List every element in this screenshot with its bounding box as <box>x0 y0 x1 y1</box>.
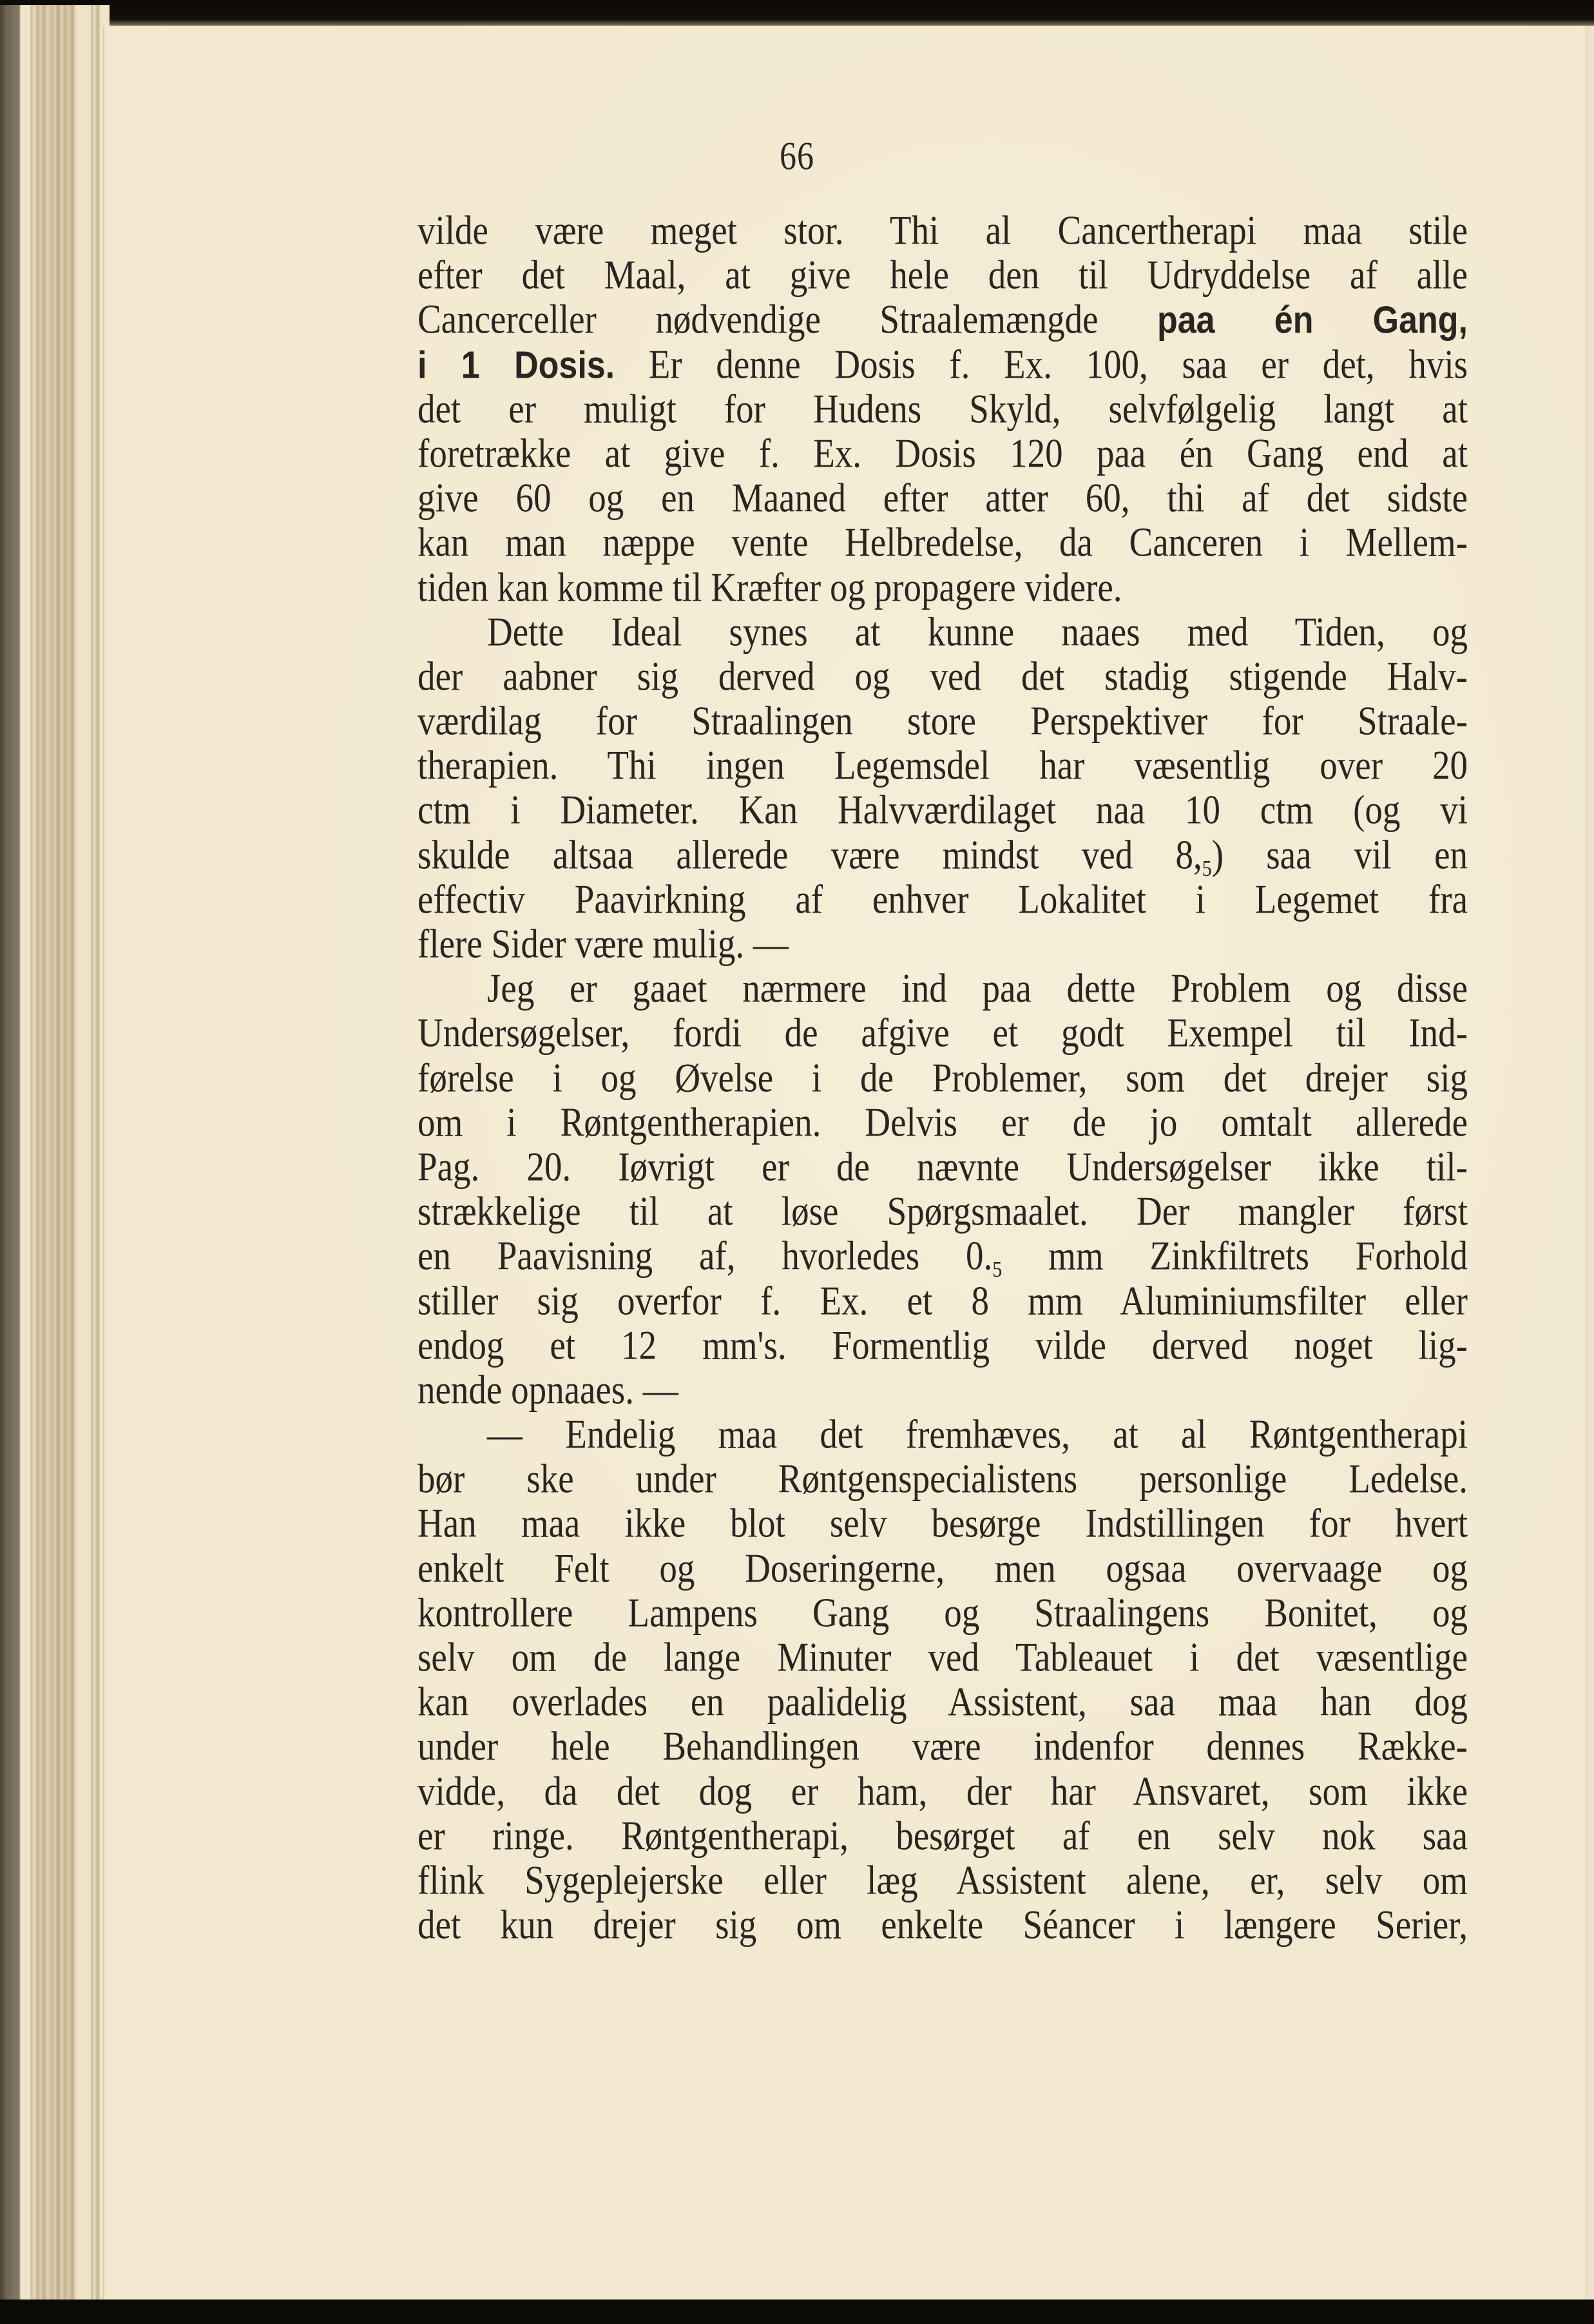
text-line: kan man næppe vente Helbredelse, da Canc… <box>418 517 1468 568</box>
text-segment: skulde altsaa allerede være mindst ved 8… <box>418 832 1202 877</box>
text-segment: efter det Maal, at give hele den til Udr… <box>418 252 1468 297</box>
text-segment: Jeg er gaaet nærmere ind paa dette Probl… <box>487 965 1468 1011</box>
text-line: vilde være meget stor. Thi al Cancerther… <box>418 205 1468 257</box>
text-line: der aabner sig derved og ved det stadig … <box>418 650 1468 702</box>
text-line: Jeg er gaaet nærmere ind paa dette Probl… <box>418 963 1468 1014</box>
text-line: effectiv Paavirkning af enhver Lokalitet… <box>418 873 1468 925</box>
text-segment: flere Sider være mulig. — <box>418 921 789 966</box>
text-line: under hele Behandlingen være indenfor de… <box>418 1721 1468 1772</box>
text-line: det kun drejer sig om enkelte Séancer i … <box>418 1899 1468 1951</box>
text-line: flere Sider være mulig. — <box>418 918 1468 970</box>
text-segment: det er muligt for Hudens Skyld, selvfølg… <box>418 386 1468 431</box>
scanned-book-page: 66 vilde være meget stor. Thi al Cancert… <box>0 0 1594 2324</box>
text-segment: flink Sygeplejerske eller læg Assistent … <box>418 1857 1468 1903</box>
book-page-edges <box>0 5 110 2309</box>
text-line: selv om de lange Minuter ved Tableauet i… <box>418 1632 1468 1683</box>
text-line: endog et 12 mm's. Formentlig vilde derve… <box>418 1319 1468 1371</box>
text-segment: førelse i og Øvelse i de Problemer, som … <box>418 1055 1468 1100</box>
text-segment: Er denne Dosis f. Ex. 100, saa er det, h… <box>615 342 1468 387</box>
text-line: foretrække at give f. Ex. Dosis 120 paa … <box>418 428 1468 479</box>
paragraph: Dette Ideal synes at kunne naaes med Tid… <box>418 613 1468 970</box>
text-segment: effectiv Paavirkning af enhver Lokalitet… <box>418 876 1468 922</box>
text-segment: endog et 12 mm's. Formentlig vilde derve… <box>418 1322 1468 1368</box>
text-line: Han maa ikke blot selv besørge Indstilli… <box>418 1498 1468 1549</box>
text-segment: ) saa vil en <box>1212 832 1468 877</box>
bold-text: i 1 Dosis. <box>418 344 615 387</box>
text-line: Undersøgelser, fordi de afgive et godt E… <box>418 1007 1468 1059</box>
text-segment: selv om de lange Minuter ved Tableauet i… <box>418 1634 1468 1680</box>
text-segment: under hele Behandlingen være indenfor de… <box>418 1724 1468 1769</box>
text-line: i 1 Dosis. Er denne Dosis f. Ex. 100, sa… <box>418 338 1468 390</box>
text-line: efter det Maal, at give hele den til Udr… <box>418 249 1468 301</box>
scan-bottom-shadow <box>0 2300 1594 2324</box>
text-segment: kan overlades en paalidelig Assistent, s… <box>418 1679 1468 1724</box>
paragraph: — Endelig maa det fremhæves, at al Røntg… <box>418 1415 1468 1950</box>
text-line: ctm i Diameter. Kan Halvværdilaget naa 1… <box>418 784 1468 836</box>
text-line: bør ske under Røntgenspecialistens perso… <box>418 1453 1468 1505</box>
text-segment: en Paavisning af, hvorledes 0. <box>418 1234 992 1279</box>
text-line: tiden kan komme til Kræfter og propagere… <box>418 561 1468 613</box>
text-line: en Paavisning af, hvorledes 0.5 mm Zinkf… <box>418 1230 1468 1282</box>
text-segment: Dette Ideal synes at kunne naaes med Tid… <box>487 609 1468 654</box>
text-line: flink Sygeplejerske eller læg Assistent … <box>418 1855 1468 1906</box>
text-line: stiller sig overfor f. Ex. et 8 mm Alumi… <box>418 1275 1468 1326</box>
text-segment: værdilag for Straalingen store Perspekti… <box>418 698 1468 743</box>
bold-text: paa én Gang, <box>1157 299 1468 342</box>
text-segment: ctm i Diameter. Kan Halvværdilaget naa 1… <box>418 788 1468 833</box>
paragraph: vilde være meget stor. Thi al Cancerther… <box>418 211 1468 613</box>
text-segment: stiller sig overfor f. Ex. et 8 mm Alumi… <box>418 1278 1468 1323</box>
text-line: — Endelig maa det fremhæves, at al Røntg… <box>418 1409 1468 1460</box>
paragraph: Jeg er gaaet nærmere ind paa dette Probl… <box>418 969 1468 1415</box>
text-segment: om i Røntgentherapien. Delvis er de jo o… <box>418 1099 1468 1145</box>
text-segment: strækkelige til at løse Spørgsmaalet. De… <box>418 1188 1468 1234</box>
text-segment: give 60 og en Maaned efter atter 60, thi… <box>418 475 1468 520</box>
text-segment: Undersøgelser, fordi de afgive et godt E… <box>418 1011 1468 1056</box>
text-segment: foretrække at give f. Ex. Dosis 120 paa … <box>418 431 1468 476</box>
page-number: 66 <box>0 134 1594 179</box>
text-line: om i Røntgentherapien. Delvis er de jo o… <box>418 1096 1468 1148</box>
body-text: vilde være meget stor. Thi al Cancerther… <box>418 211 1468 1950</box>
text-line: skulde altsaa allerede være mindst ved 8… <box>418 829 1468 880</box>
text-segment: tiden kan komme til Kræfter og propagere… <box>418 565 1122 610</box>
text-line: det er muligt for Hudens Skyld, selvfølg… <box>418 383 1468 434</box>
text-line: strækkelige til at løse Spørgsmaalet. De… <box>418 1186 1468 1237</box>
text-segment: enkelt Felt og Doseringerne, men ogsaa o… <box>418 1545 1468 1591</box>
text-segment: vilde være meget stor. Thi al Cancerther… <box>418 208 1468 253</box>
text-line: værdilag for Straalingen store Perspekti… <box>418 695 1468 747</box>
text-line: kan overlades en paalidelig Assistent, s… <box>418 1676 1468 1728</box>
text-line: Dette Ideal synes at kunne naaes med Tid… <box>418 606 1468 657</box>
text-line: nende opnaaes. — <box>418 1364 1468 1415</box>
text-segment: Han maa ikke blot selv besørge Indstilli… <box>418 1501 1468 1546</box>
text-line: Cancerceller nødvendige Straalemængde pa… <box>418 294 1468 345</box>
text-segment: kan man næppe vente Helbredelse, da Canc… <box>418 520 1468 565</box>
text-line: Pag. 20. Iøvrigt er de nævnte Undersøgel… <box>418 1141 1468 1193</box>
text-line: kontrollere Lampens Gang og Straalingens… <box>418 1587 1468 1638</box>
text-line: vidde, da det dog er ham, der har Ansvar… <box>418 1765 1468 1817</box>
text-segment: bør ske under Røntgenspecialistens perso… <box>418 1456 1468 1501</box>
text-segment: Pag. 20. Iøvrigt er de nævnte Undersøgel… <box>418 1144 1468 1189</box>
text-line: give 60 og en Maaned efter atter 60, thi… <box>418 472 1468 524</box>
text-line: enkelt Felt og Doseringerne, men ogsaa o… <box>418 1542 1468 1594</box>
text-segment: Cancerceller nødvendige Straalemængde <box>418 297 1157 342</box>
scan-top-shadow <box>77 0 1594 27</box>
text-line: førelse i og Øvelse i de Problemer, som … <box>418 1052 1468 1103</box>
text-segment: vidde, da det dog er ham, der har Ansvar… <box>418 1768 1468 1814</box>
text-segment: der aabner sig derved og ved det stadig … <box>418 654 1468 699</box>
text-segment: — Endelig maa det fremhæves, at al Røntg… <box>487 1411 1468 1457</box>
text-segment: nende opnaaes. — <box>418 1367 678 1412</box>
text-line: therapien. Thi ingen Legemsdel har væsen… <box>418 740 1468 791</box>
text-line: er ringe. Røntgentherapi, besørget af en… <box>418 1810 1468 1861</box>
text-segment: therapien. Thi ingen Legemsdel har væsen… <box>418 742 1468 788</box>
page-right-edge <box>1585 26 1594 2300</box>
text-segment: er ringe. Røntgentherapi, besørget af en… <box>418 1813 1468 1858</box>
text-segment: mm Zinkfiltrets Forhold <box>1002 1234 1468 1279</box>
text-segment: det kun drejer sig om enkelte Séancer i … <box>418 1902 1468 1947</box>
text-segment: kontrollere Lampens Gang og Straalingens… <box>418 1590 1468 1635</box>
